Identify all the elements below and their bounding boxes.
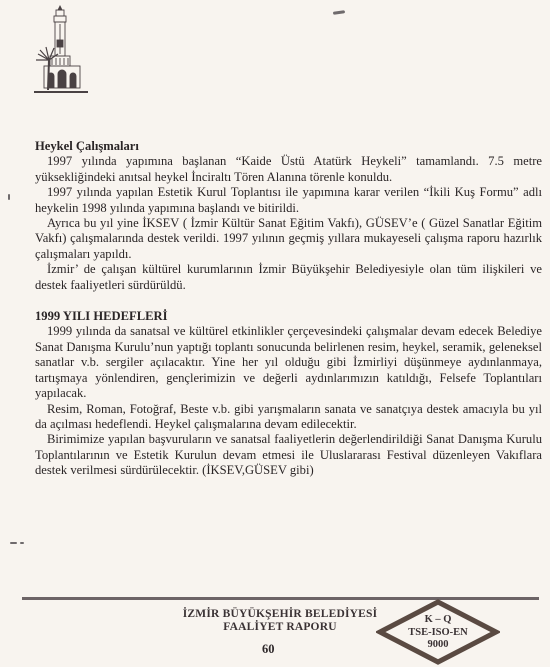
paragraph: Ayrıca bu yıl yine İKSEV ( İzmir Kültür … (35, 216, 542, 262)
footer-org-line1: İZMİR BÜYÜKŞEHİR BELEDİYESİ (180, 608, 380, 621)
section-heading-1999-goals: 1999 YILI HEDEFLERİ (35, 309, 542, 324)
paragraph: 1997 yılında yapılan Estetik Kurul Topla… (35, 185, 542, 216)
scan-speck (333, 10, 345, 15)
clock-tower-logo-icon (18, 2, 102, 98)
paragraph: Birimimize yapılan başvuruların ve sanat… (35, 432, 542, 478)
document-body: Heykel Çalışmaları 1997 yılında yapımına… (35, 139, 542, 479)
paragraph: Resim, Roman, Fotoğraf, Beste v.b. gibi … (35, 402, 542, 433)
footer-org-line2: FAALİYET RAPORU (180, 621, 380, 634)
scan-speck (8, 194, 10, 200)
iso-badge-line2: TSE-ISO-EN (376, 627, 500, 640)
paragraph: 1997 yılında yapımına başlanan “Kaide Üs… (35, 154, 542, 185)
scan-speck (10, 542, 17, 544)
iso-badge-line3: 9000 (376, 639, 500, 652)
section-heading-heykel: Heykel Çalışmaları (35, 139, 542, 154)
iso-badge-line1: K – Q (376, 614, 500, 627)
page-number: 60 (262, 642, 275, 657)
paragraph: İzmir’ de çalışan kültürel kurumlarının … (35, 262, 542, 293)
footer-org-title: İZMİR BÜYÜKŞEHİR BELEDİYESİ FAALİYET RAP… (180, 608, 380, 634)
iso-badge: K – Q TSE-ISO-EN 9000 (376, 614, 500, 652)
paragraph: 1999 yılında da sanatsal ve kültürel etk… (35, 324, 542, 401)
scan-speck (20, 542, 24, 544)
